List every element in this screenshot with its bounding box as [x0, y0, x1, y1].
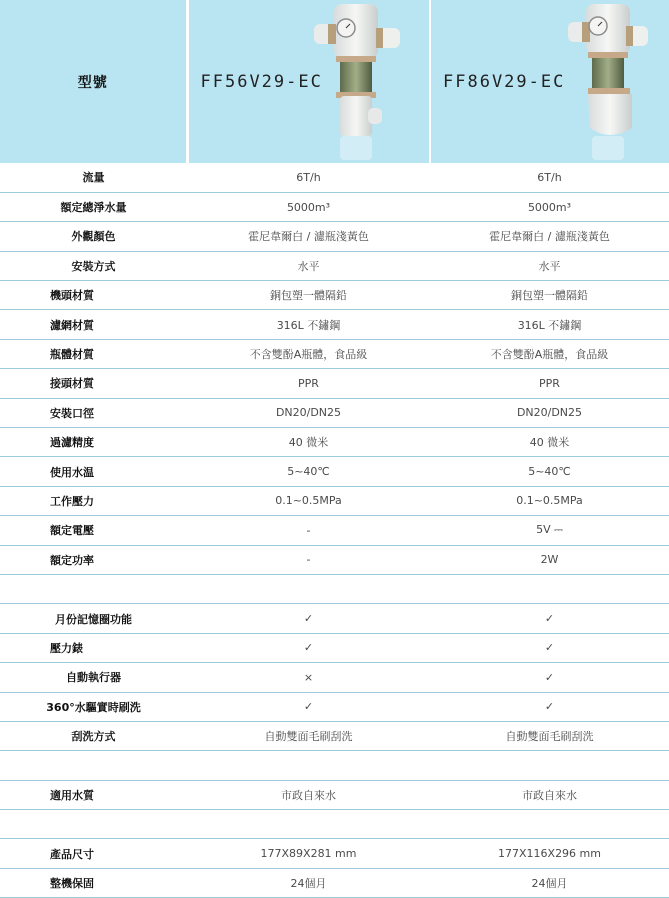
row-value-model-2: 40 微米 — [430, 428, 669, 457]
table-row: 額定功率-2W — [0, 545, 669, 574]
table-row: 濾網材質316L 不鏽鋼316L 不鏽鋼 — [0, 310, 669, 339]
table-row: 瓶體材質不含雙酚A瓶體，食品級不含雙酚A瓶體，食品級 — [0, 339, 669, 368]
row-label: 適用水質 — [0, 780, 187, 809]
row-label: 瓶體材質 — [0, 339, 187, 368]
row-value-model-1: 6T/h — [187, 163, 430, 192]
table-row: 自動執行器×✓ — [0, 663, 669, 692]
row-value-model-1: 市政自來水 — [187, 780, 430, 809]
row-value-model-2: 177X116X296 mm — [430, 839, 669, 868]
row-value-model-1: 40 微米 — [187, 428, 430, 457]
row-value-model-2: 5000m³ — [430, 192, 669, 221]
row-value-model-2: 5V ⎓ — [430, 516, 669, 545]
model-cell-2: FF86V29-EC — [430, 0, 669, 163]
table-row: 適用水質市政自來水市政自來水 — [0, 780, 669, 809]
row-value-model-2: DN20/DN25 — [430, 398, 669, 427]
row-value-model-1: 霍尼韋爾白 / 濾瓶淺黃色 — [187, 222, 430, 251]
row-label: 工作壓力 — [0, 486, 187, 515]
check-icon: ✓ — [430, 663, 669, 692]
row-label: 額定功率 — [0, 545, 187, 574]
row-value-model-1: 不含雙酚A瓶體，食品級 — [187, 339, 430, 368]
row-value-model-2 — [430, 751, 669, 780]
check-icon: ✓ — [430, 633, 669, 662]
table-header-row: 型號 FF56V29-EC — [0, 0, 669, 163]
row-value-model-2: 不含雙酚A瓶體，食品級 — [430, 339, 669, 368]
row-label — [0, 751, 187, 780]
model-name-1: FF56V29-EC — [201, 72, 323, 92]
row-value-model-2: 6T/h — [430, 163, 669, 192]
row-label: 壓力錶 — [0, 633, 187, 662]
table-row: 安裝方式水平水平 — [0, 251, 669, 280]
row-value-model-1 — [187, 810, 430, 839]
model-label-cell: 型號 — [0, 0, 187, 163]
model-cell-1: FF56V29-EC — [187, 0, 430, 163]
row-value-model-1: DN20/DN25 — [187, 398, 430, 427]
row-value-model-2: PPR — [430, 369, 669, 398]
check-icon: ✓ — [187, 604, 430, 633]
row-value-model-1: 水平 — [187, 251, 430, 280]
row-label: 產品尺寸 — [0, 839, 187, 868]
row-label: 外觀顏色 — [0, 222, 187, 251]
row-label: 自動執行器 — [0, 663, 187, 692]
row-label: 流量 — [0, 163, 187, 192]
table-row: 過濾精度40 微米40 微米 — [0, 428, 669, 457]
row-label: 過濾精度 — [0, 428, 187, 457]
table-row-spacer — [0, 751, 669, 780]
row-value-model-1: - — [187, 516, 430, 545]
table-row: 額定電壓-5V ⎓ — [0, 516, 669, 545]
check-icon: ✓ — [187, 633, 430, 662]
table-row: 360°水驅實時刷洗✓✓ — [0, 692, 669, 721]
check-icon: ✓ — [187, 692, 430, 721]
row-value-model-2: 自動雙面毛刷刮洗 — [430, 721, 669, 750]
table-row: 機頭材質銅包塑一體隔鉛銅包塑一體隔鉛 — [0, 281, 669, 310]
row-value-model-1: 177X89X281 mm — [187, 839, 430, 868]
row-value-model-2: 24個月 — [430, 868, 669, 897]
check-icon: ✓ — [430, 692, 669, 721]
row-label — [0, 574, 187, 603]
row-value-model-1: 316L 不鏽鋼 — [187, 310, 430, 339]
table-row: 流量6T/h6T/h — [0, 163, 669, 192]
model-name-2: FF86V29-EC — [443, 72, 565, 92]
row-value-model-1: - — [187, 545, 430, 574]
table-row: 接頭材質PPRPPR — [0, 369, 669, 398]
table-row: 月份記憶圈功能✓✓ — [0, 604, 669, 633]
table-row: 整機保固24個月24個月 — [0, 868, 669, 897]
row-value-model-1: 銅包塑一體隔鉛 — [187, 281, 430, 310]
row-label: 機頭材質 — [0, 281, 187, 310]
row-label: 安裝口徑 — [0, 398, 187, 427]
row-label — [0, 810, 187, 839]
row-value-model-1: 24個月 — [187, 868, 430, 897]
row-value-model-2: 銅包塑一體隔鉛 — [430, 281, 669, 310]
row-value-model-1 — [187, 574, 430, 603]
row-label: 月份記憶圈功能 — [0, 604, 187, 633]
row-value-model-2 — [430, 810, 669, 839]
row-value-model-2: 水平 — [430, 251, 669, 280]
row-value-model-1: 5000m³ — [187, 192, 430, 221]
water-prefilter-product-image — [306, 0, 401, 163]
model-label: 型號 — [78, 75, 108, 91]
table-row-spacer — [0, 810, 669, 839]
cross-icon: × — [187, 663, 430, 692]
row-value-model-2: 0.1~0.5MPa — [430, 486, 669, 515]
row-label: 安裝方式 — [0, 251, 187, 280]
table-row: 使用水温5~40℃5~40℃ — [0, 457, 669, 486]
row-label: 額定總淨水量 — [0, 192, 187, 221]
row-label: 使用水温 — [0, 457, 187, 486]
row-value-model-2: 2W — [430, 545, 669, 574]
row-label: 整機保固 — [0, 868, 187, 897]
row-value-model-1: PPR — [187, 369, 430, 398]
row-value-model-2: 霍尼韋爾白 / 濾瓶淺黃色 — [430, 222, 669, 251]
row-value-model-1: 0.1~0.5MPa — [187, 486, 430, 515]
table-row: 安裝口徑DN20/DN25DN20/DN25 — [0, 398, 669, 427]
table-row-spacer — [0, 574, 669, 603]
row-label: 濾網材質 — [0, 310, 187, 339]
row-label: 刮洗方式 — [0, 721, 187, 750]
table-row: 工作壓力0.1~0.5MPa0.1~0.5MPa — [0, 486, 669, 515]
row-value-model-2 — [430, 574, 669, 603]
row-label: 360°水驅實時刷洗 — [0, 692, 187, 721]
table-row: 外觀顏色霍尼韋爾白 / 濾瓶淺黃色霍尼韋爾白 / 濾瓶淺黃色 — [0, 222, 669, 251]
table-row: 刮洗方式自動雙面毛刷刮洗自動雙面毛刷刮洗 — [0, 721, 669, 750]
row-value-model-2: 5~40℃ — [430, 457, 669, 486]
spec-comparison-table: 型號 FF56V29-EC — [0, 0, 669, 898]
row-value-model-1: 5~40℃ — [187, 457, 430, 486]
table-row: 壓力錶✓✓ — [0, 633, 669, 662]
water-prefilter-product-image — [556, 0, 651, 163]
table-row: 額定總淨水量5000m³5000m³ — [0, 192, 669, 221]
row-value-model-1 — [187, 751, 430, 780]
row-value-model-1: 自動雙面毛刷刮洗 — [187, 721, 430, 750]
check-icon: ✓ — [430, 604, 669, 633]
row-value-model-2: 316L 不鏽鋼 — [430, 310, 669, 339]
table-row: 產品尺寸177X89X281 mm177X116X296 mm — [0, 839, 669, 868]
row-value-model-2: 市政自來水 — [430, 780, 669, 809]
row-label: 額定電壓 — [0, 516, 187, 545]
row-label: 接頭材質 — [0, 369, 187, 398]
